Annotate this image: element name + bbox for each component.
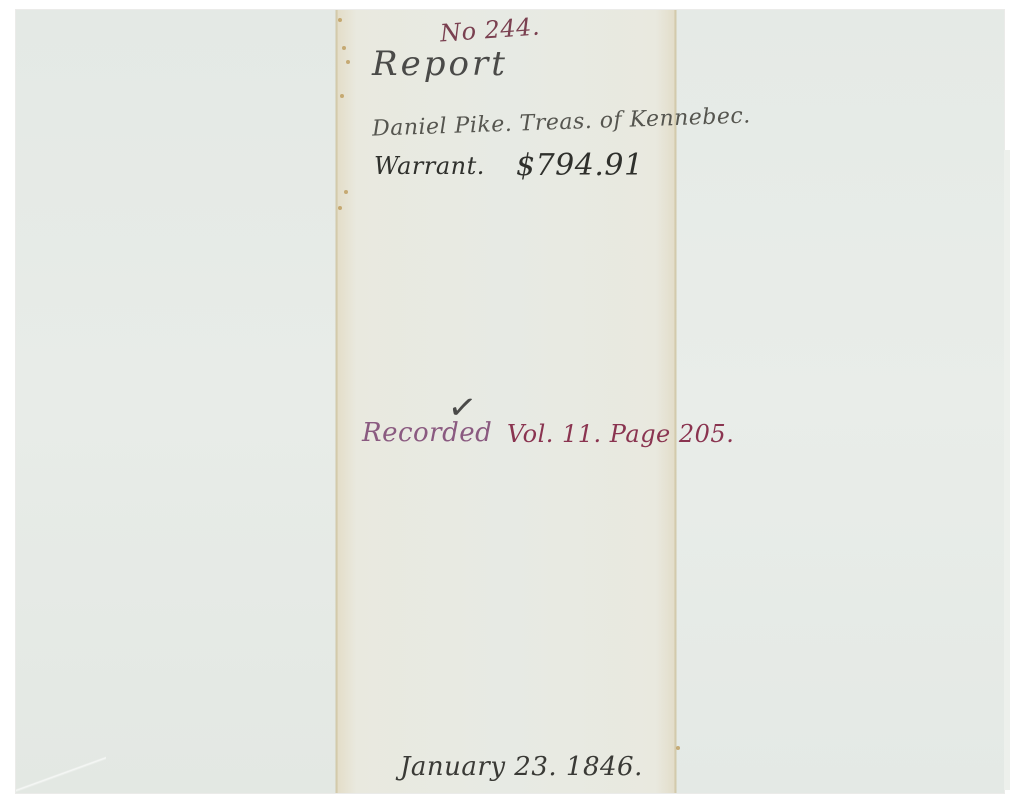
- foxing-spot: [338, 206, 342, 210]
- foxing-spot: [676, 746, 680, 750]
- docket-date: January 23. 1846.: [400, 752, 643, 782]
- foxing-spot: [344, 190, 348, 194]
- warrant-label: Warrant.: [374, 152, 485, 180]
- recorded-label: Recorded: [362, 418, 492, 448]
- underlying-sheet-edge: [1004, 150, 1010, 790]
- recorded-reference: Vol. 11. Page 205.: [507, 420, 734, 448]
- foxing-spot: [342, 46, 346, 50]
- left-fold-panel: [16, 10, 336, 793]
- warrant-amount: $794.91: [516, 148, 644, 183]
- corner-crease: [16, 755, 106, 793]
- left-fold-line: [335, 10, 338, 793]
- foxing-spot: [338, 18, 342, 22]
- docket-title: Report: [372, 44, 508, 84]
- foxing-spot: [340, 94, 344, 98]
- foxing-spot: [346, 60, 350, 64]
